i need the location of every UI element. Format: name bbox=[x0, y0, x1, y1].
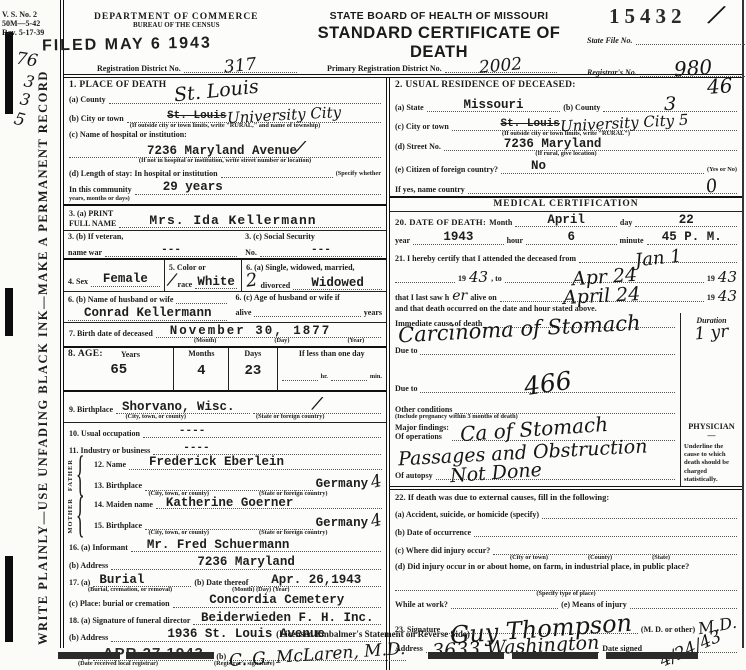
dod-month-label: Month bbox=[489, 218, 512, 227]
external-c-note-1: (City or town) bbox=[510, 555, 548, 562]
birthdate-value: November 30, 1877 bbox=[170, 325, 332, 338]
color-line: White bbox=[195, 276, 237, 290]
findings-label-1: Major findings: bbox=[395, 423, 449, 432]
informant-value: Mr. Fred Schuermann bbox=[147, 539, 290, 552]
section-burial: 17. (a) Burial (b) Date thereof Apr. 26,… bbox=[64, 574, 386, 608]
autopsy-line: Not Done bbox=[436, 464, 675, 480]
margin-code-3: 3 bbox=[19, 91, 32, 109]
sex-label: 4. Sex bbox=[68, 277, 88, 286]
medical-title: MEDICAL CERTIFICATION bbox=[390, 198, 742, 212]
section-informant: 16. (a) Informant Mr. Fred Schuermann (b… bbox=[64, 539, 386, 570]
burial-line: Burial bbox=[93, 574, 191, 588]
left-margin: V. S. No. 2 50M—5-42 Rev. 5-17-39 76 3 3… bbox=[0, 0, 60, 670]
due2-hw: 466 bbox=[522, 368, 573, 399]
margin-instruction: WRITE PLAINLY—USE UNFADING BLACK INK—MAK… bbox=[36, 70, 51, 645]
color-mark: / bbox=[167, 272, 176, 290]
board-title: STATE BOARD OF HEALTH OF MISSOURI bbox=[289, 10, 589, 22]
residence-title: 2. USUAL RESIDENCE OF DECEASED: bbox=[395, 80, 576, 90]
external-while-line bbox=[451, 598, 558, 609]
age-days-label: Days bbox=[233, 349, 272, 358]
scan-artifact-4 bbox=[512, 652, 598, 659]
physician-label: PHYSICIAN bbox=[684, 422, 739, 432]
signature-date-line: 4/24/43 bbox=[645, 641, 737, 653]
burial-place-label: (c) Place: burial or cremation bbox=[69, 599, 170, 608]
mother-brace: { bbox=[76, 492, 85, 541]
name-label-2: FULL NAME bbox=[69, 219, 116, 228]
scan-artifact-1 bbox=[58, 652, 120, 659]
burial-date-line: Apr. 26,1943 bbox=[251, 574, 381, 588]
due1-label: Due to bbox=[395, 346, 417, 355]
birthplace-mark: / bbox=[312, 395, 322, 414]
residence-state-line: Missouri bbox=[427, 99, 561, 113]
father-name-label: 12. Name bbox=[94, 460, 126, 469]
birthplace-line-2: / bbox=[253, 395, 381, 414]
mother-birth-value: Germany bbox=[316, 517, 369, 530]
place-community-value: 29 years bbox=[163, 181, 223, 194]
husband-value: Conrad Kellermann bbox=[84, 307, 212, 320]
dod-minute-line: 45 P. M. bbox=[647, 231, 737, 245]
due1-line bbox=[420, 344, 675, 355]
name-line: Mrs. Ida Kellermann bbox=[119, 214, 381, 228]
father-birth-line-1 bbox=[145, 480, 313, 491]
mother-name-label: 14. Maiden name bbox=[94, 500, 153, 509]
margin-code-4: 5 bbox=[12, 111, 27, 130]
margin-code-1: 76 bbox=[15, 51, 39, 71]
external-title: 22. If death was due to external causes,… bbox=[395, 493, 609, 503]
section-residence: 2. USUAL RESIDENCE OF DECEASED: 46 (a) S… bbox=[390, 78, 742, 198]
informant-label: 16. (a) Informant bbox=[69, 543, 128, 552]
father-birth-value: Germany bbox=[316, 478, 369, 491]
certify-saw-label-2: alive on bbox=[470, 293, 496, 302]
dod-minute-label: minute bbox=[620, 236, 644, 245]
sex-line: Female bbox=[91, 273, 160, 287]
section-parents: FATHER { MOTHER { 12. Name Frederick Ebe… bbox=[64, 455, 386, 538]
duration-column: Duration 1 yr bbox=[680, 313, 742, 421]
age-hr-line bbox=[282, 370, 318, 381]
mother-birth-mark: 4 bbox=[369, 512, 384, 531]
certificate-title: STANDARD CERTIFICATE OF DEATH bbox=[289, 24, 589, 62]
external-while-label: While at work? bbox=[395, 600, 448, 609]
dod-label: 20. DATE OF DEATH: bbox=[395, 217, 486, 227]
birthplace-note-1: (City, town, or county) bbox=[125, 414, 186, 421]
certify-from-line: Jan 1 bbox=[579, 250, 737, 263]
dod-day-label: day bbox=[620, 218, 632, 227]
left-column: 1. PLACE OF DEATH St. Louis (a) County (… bbox=[64, 78, 390, 670]
place-title: 1. PLACE OF DEATH bbox=[69, 80, 166, 90]
print-code: 50M—5-42 bbox=[2, 19, 44, 28]
color-value: White bbox=[197, 276, 235, 289]
place-city-hw: University City bbox=[226, 105, 341, 126]
place-stay-label: (d) Length of stay: In hospital or insti… bbox=[69, 169, 218, 178]
autopsy-hw: Not Done bbox=[449, 461, 542, 486]
certify-from-year-hw: 43 bbox=[469, 270, 488, 285]
industry-line: ---- bbox=[153, 443, 381, 455]
physician-column: PHYSICIAN — Underline the cause to which… bbox=[680, 421, 742, 486]
place-county-label: (a) County bbox=[69, 95, 106, 104]
section-spouse: 6. (b) Name of husband or wife Conrad Ke… bbox=[64, 292, 386, 323]
place-community-line: 29 years bbox=[135, 181, 381, 195]
external-a-line bbox=[542, 508, 737, 519]
dod-year-value: 1943 bbox=[443, 231, 473, 244]
residence-city-line: St. Louis University City 5 bbox=[452, 116, 737, 131]
mother-birth-label: 15. Birthplace bbox=[94, 521, 142, 530]
section-medical: MEDICAL CERTIFICATION 20. DATE OF DEATH:… bbox=[390, 198, 742, 657]
ss-value: --- bbox=[311, 245, 331, 256]
informant-line: Mr. Fred Schuermann bbox=[131, 539, 381, 553]
residence-citizen-value: No bbox=[531, 160, 546, 173]
occupation-label: 10. Usual occupation bbox=[69, 429, 140, 438]
name-value: Mrs. Ida Kellermann bbox=[149, 214, 316, 227]
received-note: (Date received local registrar) bbox=[78, 661, 158, 668]
dod-year-line: 1943 bbox=[413, 231, 503, 245]
received-b-label: (b) bbox=[216, 652, 226, 661]
place-city-typed: St. Louis bbox=[167, 111, 226, 122]
place-city-note: (If outside city or town limits, write "… bbox=[130, 123, 320, 130]
reg-district-value: 317 bbox=[223, 56, 257, 76]
certificate-number: 15432 bbox=[609, 4, 687, 29]
dod-hour-value: 6 bbox=[568, 231, 576, 244]
external-d-note: (Specify type of place) bbox=[536, 591, 595, 598]
certify-to-year-hw: 43 bbox=[718, 270, 737, 285]
color-label-2: race bbox=[178, 280, 193, 289]
certify-saw-label-1: that I last saw h bbox=[395, 293, 449, 302]
residence-state-label: (a) State bbox=[395, 103, 424, 112]
mother-birth-line-1 bbox=[145, 519, 313, 530]
birthplace-line-1: Shorvano, Wisc. bbox=[116, 401, 250, 415]
burial-note: (Burial, cremation, or removal) bbox=[88, 587, 172, 594]
primary-district-line: 2002 bbox=[445, 58, 557, 73]
form-number: V. S. No. 2 bbox=[2, 10, 44, 19]
marital-mark: 2 bbox=[245, 271, 259, 290]
certify-line-2a bbox=[395, 272, 455, 283]
spouse-age-label-2: alive bbox=[235, 308, 251, 317]
right-column: 2. USUAL RESIDENCE OF DECEASED: 46 (a) S… bbox=[390, 78, 742, 670]
primary-district-value: 2002 bbox=[479, 56, 524, 77]
age-years-label: Years bbox=[121, 350, 140, 359]
name-label-1: 3. (a) PRINT bbox=[69, 209, 116, 218]
place-hospital-label: (c) Name of hospital or institution: bbox=[69, 130, 187, 139]
external-c-line bbox=[493, 544, 737, 555]
residence-county-line: 3 bbox=[603, 95, 737, 112]
funeral-value: Beiderwieden F. H. Inc. bbox=[201, 612, 374, 625]
husband-line-1 bbox=[176, 293, 227, 304]
death-certificate-form: DEPARTMENT OF COMMERCE BUREAU OF THE CEN… bbox=[60, 0, 744, 648]
age-months-value: 4 bbox=[178, 364, 224, 378]
veteran-label-2: name war bbox=[68, 248, 102, 257]
scan-artifact-2 bbox=[126, 652, 214, 659]
place-city-line: St. Louis University City bbox=[127, 108, 381, 123]
birthplace-note-2: (State or foreign country) bbox=[256, 414, 325, 421]
state-file-label: State File No. bbox=[587, 36, 633, 45]
external-b-label: (b) Date of occurrence bbox=[395, 528, 471, 537]
signature-addr-label: Address bbox=[395, 644, 423, 653]
external-d-line bbox=[395, 580, 737, 591]
reg-district-line: 317 bbox=[184, 58, 297, 73]
external-d-label: (d) Did injury occur in or about home, o… bbox=[395, 562, 689, 572]
mother-name-line: Katherine Goerner bbox=[156, 497, 382, 509]
dod-hour-label: hour bbox=[507, 236, 523, 245]
marital-label-1: 6. (a) Single, widowed, married, bbox=[246, 263, 382, 272]
section-place-of-death: 1. PLACE OF DEATH St. Louis (a) County (… bbox=[64, 78, 386, 206]
residence-code-a: 46 bbox=[706, 75, 733, 97]
certify-saw-er: er bbox=[452, 289, 467, 303]
autopsy-label: Of autopsy bbox=[395, 471, 433, 480]
place-hospital-note: (If not in hospital or institution, writ… bbox=[139, 158, 311, 165]
certify-saw-line: April 24 bbox=[500, 287, 704, 302]
bureau-line: BUREAU OF THE CENSUS bbox=[94, 22, 259, 30]
certify-saw-year-hw: 43 bbox=[718, 289, 737, 304]
margin-code-2: 3 bbox=[22, 73, 35, 91]
residence-county-label: (b) County bbox=[563, 103, 600, 112]
scan-artifact-5 bbox=[606, 652, 698, 659]
sex-value: Female bbox=[103, 273, 148, 286]
occupation-line: ---- bbox=[143, 426, 381, 438]
burial-value: Burial bbox=[99, 574, 144, 587]
cause-duration-hw: 1 yr bbox=[683, 323, 739, 345]
section-veteran-ss: 3. (b) If veteran, name war --- 3. (c) S… bbox=[64, 231, 386, 260]
father-birth-mark: 4 bbox=[369, 472, 384, 491]
residence-street-label: (d) Street No. bbox=[395, 142, 441, 151]
occupation-value: ---- bbox=[179, 426, 205, 437]
certify-year-prefix-3: 19 bbox=[707, 293, 715, 302]
birthdate-line: November 30, 1877 bbox=[156, 325, 381, 339]
burial-place-line: Concordia Cemetery bbox=[173, 594, 381, 608]
external-a-label: (a) Accident, suicide, or homicide (spec… bbox=[395, 510, 539, 519]
dod-month-value: April bbox=[547, 214, 585, 227]
place-hospital-value: 7236 Maryland Avenue bbox=[147, 145, 297, 158]
external-means-line bbox=[630, 598, 737, 609]
registrar-no-label: Registrar's No. bbox=[587, 68, 637, 77]
age-days-value: 23 bbox=[233, 364, 272, 378]
informant-addr-value: 7236 Maryland bbox=[197, 556, 295, 569]
cause-hw: Carcinoma of Stomach bbox=[398, 313, 641, 347]
residence-citizen-label: (e) Citizen of foreign country? bbox=[395, 165, 498, 174]
physician-note: Underline the cause to which death shoul… bbox=[684, 443, 739, 485]
husband-line-2: Conrad Kellermann bbox=[68, 307, 227, 321]
section-birthdate: 7. Birth date of deceased November 30, 1… bbox=[64, 325, 386, 348]
birthdate-note-day: (Day) bbox=[274, 338, 289, 345]
section-full-name: 3. (a) PRINT FULL NAME Mrs. Ida Kellerma… bbox=[64, 206, 386, 230]
external-means-label: (e) Means of injury bbox=[561, 600, 627, 609]
birthdate-note-month: (Month) bbox=[194, 338, 216, 345]
residence-street-value: 7236 Maryland bbox=[504, 138, 602, 151]
residence-state-value: Missouri bbox=[463, 99, 523, 112]
revision-code: Rev. 5-17-39 bbox=[2, 28, 44, 37]
form-header: DEPARTMENT OF COMMERCE BUREAU OF THE CEN… bbox=[64, 0, 742, 78]
ss-label-2: No. bbox=[245, 248, 257, 257]
certify-to-line: Apr 24 bbox=[505, 268, 704, 283]
dod-day-value: 22 bbox=[679, 214, 694, 227]
spouse-age-label-1: 6. (c) Age of husband or wife if bbox=[235, 293, 382, 302]
mother-tag: MOTHER bbox=[67, 498, 74, 534]
industry-value: ---- bbox=[183, 443, 209, 454]
residence-street-note: (If rural, give location) bbox=[535, 151, 596, 158]
certify-year-prefix-1: 19 bbox=[458, 274, 466, 283]
section-birthplace: 9. Birthplace Shorvano, Wisc. / (City, t… bbox=[64, 395, 386, 423]
section-external: 22. If death was due to external causes,… bbox=[390, 493, 742, 609]
color-label-1: 5. Color or bbox=[169, 263, 237, 272]
certify-from-hw: Jan 1 bbox=[634, 247, 682, 270]
certify-to-label: , to bbox=[491, 274, 502, 283]
father-name-line: Frederick Eberlein bbox=[129, 456, 382, 470]
father-birth-label: 13. Birthplace bbox=[94, 481, 142, 490]
place-city-label: (b) City or town bbox=[69, 114, 124, 123]
corner-mark: / bbox=[708, 1, 724, 28]
mother-name-value: Katherine Goerner bbox=[166, 497, 294, 510]
external-c-note-2: (County) bbox=[588, 555, 612, 562]
father-tag: FATHER bbox=[67, 459, 74, 491]
due2-label: Due to bbox=[395, 384, 417, 393]
place-hospital-line: 7236 Maryland Avenue / bbox=[69, 139, 381, 158]
birthdate-label: 7. Birth date of deceased bbox=[69, 329, 153, 338]
filed-date-stamp: FILED MAY 6 1943 bbox=[42, 35, 212, 56]
section-occupation: 10. Usual occupation ---- bbox=[64, 426, 386, 438]
section-sex-color-marital: 4. Sex Female 5. Color or / race White bbox=[64, 260, 386, 292]
certify-text-2: and that death occurred on the date and … bbox=[395, 304, 597, 313]
residence-country-line: 0 bbox=[468, 178, 737, 194]
birthdate-note-year: (Year) bbox=[347, 338, 364, 345]
age-hr-label: hr. bbox=[321, 374, 328, 381]
external-b-line bbox=[474, 526, 737, 537]
dod-day-line: 22 bbox=[635, 214, 737, 228]
place-stay-note: (Specify whether bbox=[336, 171, 381, 178]
dod-hour-line: 6 bbox=[526, 231, 616, 245]
veteran-line: --- bbox=[105, 245, 237, 257]
ss-label-1: 3. (c) Social Security bbox=[245, 232, 382, 241]
place-community-label: In this community bbox=[69, 185, 132, 194]
embalmer-note: (Licensed Embalmer's Statement on Revers… bbox=[276, 629, 470, 639]
residence-citizen-line: No bbox=[501, 160, 704, 174]
scan-artifact-3 bbox=[428, 652, 504, 659]
certify-text-1: 21. I hereby certify that I attended the… bbox=[395, 254, 576, 263]
burial-date-label: (b) Date thereof bbox=[194, 578, 248, 587]
physician-dash: — bbox=[684, 431, 739, 440]
state-file-line bbox=[636, 34, 746, 45]
spouse-age-line bbox=[254, 306, 360, 317]
reg-district-label: Registration District No. bbox=[97, 64, 181, 73]
certify-year-prefix-2: 19 bbox=[707, 274, 715, 283]
external-c-note-3: (State) bbox=[652, 555, 670, 562]
section-age: 8. AGE: Years 65 Months 4 Days 23 If les… bbox=[64, 348, 386, 392]
birthplace-value: Shorvano, Wisc. bbox=[122, 401, 235, 414]
age-label: 8. AGE: bbox=[68, 349, 103, 359]
marital-label-2: divorced bbox=[261, 281, 291, 290]
place-stay-line bbox=[221, 167, 333, 178]
informant-addr-label: (b) Address bbox=[69, 561, 108, 570]
veteran-value: --- bbox=[161, 245, 181, 256]
section-industry: 11. Industry or business ---- bbox=[64, 443, 386, 455]
place-hospital-mark: / bbox=[295, 139, 306, 158]
age-min-line bbox=[331, 370, 367, 381]
parents-note-city-2: (City, town, or county) bbox=[148, 530, 209, 537]
parents-note-state-2: (State or foreign country) bbox=[259, 530, 328, 537]
footer-note-wrap: (Licensed Embalmer's Statement on Revers… bbox=[0, 624, 746, 642]
residence-city-label: (c) City or town bbox=[395, 122, 449, 131]
ss-line: --- bbox=[260, 245, 382, 257]
burial-label: 17. (a) bbox=[69, 578, 90, 587]
scan-bar-mid bbox=[5, 288, 13, 336]
place-community-note: years, months or days) bbox=[69, 196, 130, 203]
husband-label: 6. (b) Name of husband or wife bbox=[68, 295, 173, 304]
dod-month-line: April bbox=[515, 214, 617, 228]
residence-city-typed: St. Louis bbox=[500, 119, 559, 130]
age-years-value: 65 bbox=[68, 363, 169, 377]
father-name-value: Frederick Eberlein bbox=[149, 456, 284, 469]
due2-line: 466 bbox=[420, 371, 675, 393]
age-months-label: Months bbox=[178, 349, 224, 358]
burial-date-value: Apr. 26,1943 bbox=[271, 574, 361, 587]
dod-minute-value: 45 P. M. bbox=[662, 231, 722, 244]
primary-district-label: Primary Registration District No. bbox=[327, 64, 442, 73]
age-less-label: If less than one day bbox=[282, 349, 383, 358]
scan-bar-top bbox=[5, 32, 13, 114]
informant-addr-line: 7236 Maryland bbox=[111, 556, 381, 570]
findings-label-2: Of operations bbox=[395, 432, 449, 441]
residence-citizen-note: (Yes or No) bbox=[707, 167, 737, 174]
cause-block: Immediate cause of death Carcinoma of St… bbox=[390, 313, 742, 421]
marital-line: Widowed bbox=[293, 277, 382, 291]
findings-block: Major findings: Of operations Ca of Stom… bbox=[390, 421, 742, 490]
age-min-label: min. bbox=[370, 374, 382, 381]
marital-value: Widowed bbox=[311, 277, 364, 290]
dod-year-label: year bbox=[395, 236, 410, 245]
received-line-2: C. G. McLaren, M.D. bbox=[229, 647, 406, 661]
burial-place-value: Concordia Cemetery bbox=[209, 594, 344, 607]
residence-country-label: If yes, name country bbox=[395, 185, 465, 194]
residence-country-hw: 0 bbox=[704, 177, 718, 197]
residence-street-line: 7236 Maryland bbox=[444, 138, 737, 152]
external-c-label: (c) Where did injury occur? bbox=[395, 546, 490, 555]
veteran-label-1: 3. (b) If veteran, bbox=[68, 232, 237, 241]
birthplace-label: 9. Birthplace bbox=[69, 405, 113, 414]
spouse-age-note: years bbox=[364, 308, 382, 317]
